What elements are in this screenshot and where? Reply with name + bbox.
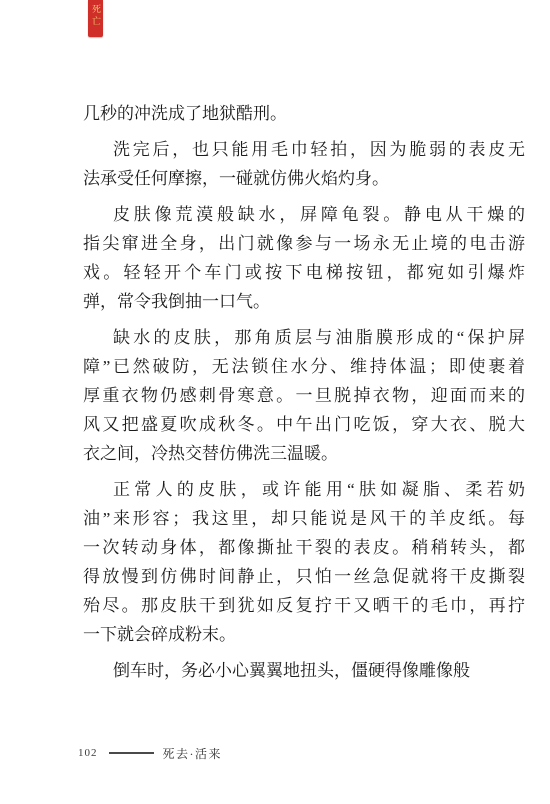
paragraph: 正常人的皮肤，或许能用“肤如凝脂、柔若奶油”来形容；我这里，却只能说是风干的羊皮… — [83, 475, 525, 649]
bookmark-ribbon-icon[interactable]: 死亡 — [88, 0, 103, 37]
paragraph: 洗完后，也只能用毛巾轻拍，因为脆弱的表皮无法承受任何摩擦，一碰就仿佛火焰灼身。 — [83, 135, 525, 193]
text-line: 殆尽。那皮肤干到犹如反复拧干又晒干的毛巾，再拧 — [83, 591, 525, 620]
text-line: 几秒的冲洗成了地狱酷刑。 — [83, 99, 525, 128]
text-line: 倒车时，务必小心翼翼地扭头，僵硬得像雕像般 — [83, 656, 525, 685]
text-line: 得放慢到仿佛时间静止，只怕一丝急促就将干皮撕裂 — [83, 562, 525, 591]
text-line: 指尖窜进全身，出门就像参与一场永无止境的电击游 — [83, 229, 525, 258]
text-line: 衣之间，冷热交替仿佛洗三温暖。 — [83, 439, 525, 468]
footer-rule — [109, 752, 154, 754]
text-line: 一次转动身体，都像撕扯干裂的表皮。稍稍转头，都 — [83, 533, 525, 562]
text-line: 油”来形容；我这里，却只能说是风干的羊皮纸。每 — [83, 504, 525, 533]
text-line: 戏。轻轻开个车门或按下电梯按钮，都宛如引爆炸 — [83, 258, 525, 287]
paragraph: 缺水的皮肤，那角质层与油脂膜形成的“保护屏障”已然破防，无法锁住水分、维持体温；… — [83, 323, 525, 468]
text-line: 缺水的皮肤，那角质层与油脂膜形成的“保护屏 — [83, 323, 525, 352]
text-line: 障”已然破防，无法锁住水分、维持体温；即使裹着 — [83, 352, 525, 381]
paragraph: 皮肤像荒漠般缺水，屏障龟裂。静电从干燥的指尖窜进全身，出门就像参与一场永无止境的… — [83, 200, 525, 316]
text-line: 厚重衣物仍感刺骨寒意。一旦脱掉衣物，迎面而来的 — [83, 381, 525, 410]
page-footer: 102 死去·活来 — [78, 744, 222, 762]
page-number: 102 — [78, 747, 98, 759]
book-title: 死去·活来 — [163, 745, 223, 762]
page-text-block: 几秒的冲洗成了地狱酷刑。洗完后，也只能用毛巾轻拍，因为脆弱的表皮无法承受任何摩擦… — [83, 99, 525, 692]
book-page: 死亡 几秒的冲洗成了地狱酷刑。洗完后，也只能用毛巾轻拍，因为脆弱的表皮无法承受任… — [0, 0, 550, 804]
text-line: 风又把盛夏吹成秋冬。中午出门吃饭，穿大衣、脱大 — [83, 410, 525, 439]
text-line: 正常人的皮肤，或许能用“肤如凝脂、柔若奶 — [83, 475, 525, 504]
paragraph: 倒车时，务必小心翼翼地扭头，僵硬得像雕像般 — [83, 656, 525, 685]
paragraph: 几秒的冲洗成了地狱酷刑。 — [83, 99, 525, 128]
text-line: 法承受任何摩擦，一碰就仿佛火焰灼身。 — [83, 164, 525, 193]
text-line: 洗完后，也只能用毛巾轻拍，因为脆弱的表皮无 — [83, 135, 525, 164]
text-line: 弹，常令我倒抽一口气。 — [83, 287, 525, 316]
bookmark-label: 死亡 — [88, 0, 103, 37]
text-line: 一下就会碎成粉末。 — [83, 620, 525, 649]
text-line: 皮肤像荒漠般缺水，屏障龟裂。静电从干燥的 — [83, 200, 525, 229]
